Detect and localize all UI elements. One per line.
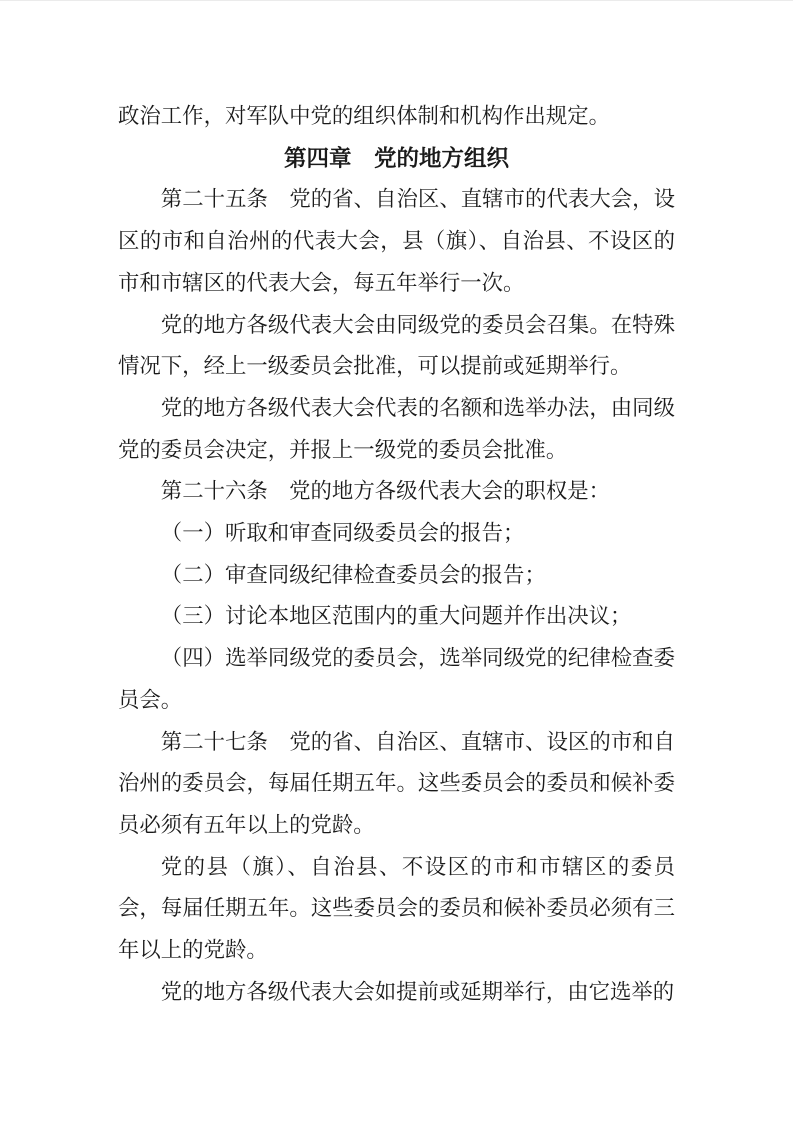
paragraph: （一）听取和审查同级委员会的报告； <box>118 513 675 555</box>
chapter-heading: 第四章 党的地方组织 <box>118 138 675 180</box>
paragraph: 党的县（旗）、自治县、不设区的市和市辖区的委员会，每届任期五年。这些委员会的委员… <box>118 847 675 972</box>
document-body: 政治工作，对军队中党的组织体制和机构作出规定。第四章 党的地方组织第二十五条 党… <box>118 96 675 1013</box>
paragraph: 党的地方各级代表大会由同级党的委员会召集。在特殊情况下，经上一级委员会批准，可以… <box>118 305 675 388</box>
paragraph: （四）选举同级党的委员会，选举同级党的纪律检查委员会。 <box>118 638 675 721</box>
page-top-edge <box>0 0 793 1</box>
paragraph: （二）审查同级纪律检查委员会的报告； <box>118 555 675 597</box>
paragraph: （三）讨论本地区范围内的重大问题并作出决议； <box>118 596 675 638</box>
paragraph: 第二十五条 党的省、自治区、直辖市的代表大会，设区的市和自治州的代表大会，县（旗… <box>118 179 675 304</box>
paragraph: 第二十六条 党的地方各级代表大会的职权是： <box>118 471 675 513</box>
paragraph: 政治工作，对军队中党的组织体制和机构作出规定。 <box>118 96 675 138</box>
paragraph: 党的地方各级代表大会如提前或延期举行，由它选举的 <box>118 972 675 1014</box>
document-page: 政治工作，对军队中党的组织体制和机构作出规定。第四章 党的地方组织第二十五条 党… <box>0 0 793 1122</box>
paragraph: 第二十七条 党的省、自治区、直辖市、设区的市和自治州的委员会，每届任期五年。这些… <box>118 722 675 847</box>
paragraph: 党的地方各级代表大会代表的名额和选举办法，由同级党的委员会决定，并报上一级党的委… <box>118 388 675 471</box>
